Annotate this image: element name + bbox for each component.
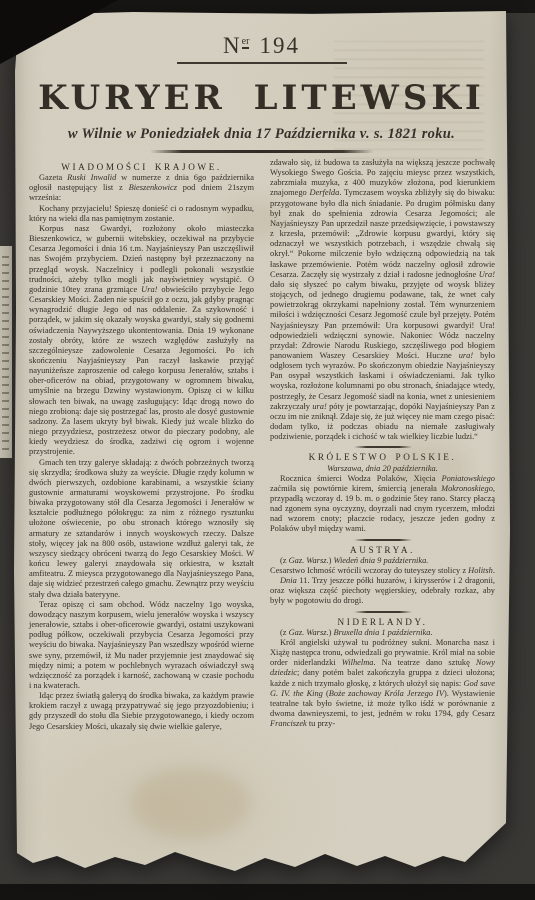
text: Rocznica śmierci Wodza Polaków, Xięcia xyxy=(280,474,441,483)
paragraph: Teraz opiszę ci sam obchod. Wódz naczeln… xyxy=(29,600,254,691)
newspaper-title: KURYER LITEWSKI xyxy=(13,78,510,118)
rule-under-dateline xyxy=(150,150,374,153)
newspaper-page: Ner194 KURYER LITEWSKI w Wilnie w Ponied… xyxy=(13,11,510,880)
section-separator xyxy=(354,611,412,613)
text: obwieściło przybycie Jego Cesarskiey Moś… xyxy=(29,285,254,457)
italic-text: Franciszek xyxy=(270,719,307,728)
italic-text: Derfelda xyxy=(310,188,340,197)
paragraph: Dnia 11. Trzy jeszcze półki huzarów, i k… xyxy=(270,576,495,606)
section-dateline: Warszawa, dnia 20 października. xyxy=(270,464,495,474)
text: tu przy- xyxy=(307,719,335,728)
italic-text: Boże zachoway Króla Jerzego IV xyxy=(329,689,444,698)
section-header-austrya: AUSTRYA. xyxy=(270,545,495,555)
left-column: WIADOMOŚCI KRAJOWE. Gazeta Ruski Inwalid… xyxy=(29,158,254,858)
paragraph: Kochany przyjacielu! Spieszę donieść ci … xyxy=(29,204,254,224)
rule-under-issue-number xyxy=(177,62,347,64)
text: Cesarstwo Ichmość wrócili wczoray do tut… xyxy=(270,566,468,575)
section-separator xyxy=(354,539,412,541)
text: Idąc przez światłą galeryą do środka biw… xyxy=(29,691,254,730)
backdrop-bottom-band xyxy=(0,884,535,900)
masthead-dateline: w Wilnie w Poniedziałek dnia 17 Paździer… xyxy=(13,126,510,143)
italic-text: Ura! xyxy=(141,285,157,294)
paragraph: Gmach ten trzy galerye składają: z dwóch… xyxy=(29,458,254,600)
text: Gmach ten trzy galerye składają: z dwóch… xyxy=(29,458,254,599)
italic-text: Gaz. Warsz. xyxy=(289,628,329,637)
issue-number: 194 xyxy=(259,33,300,58)
italic-text: Warszawa, dnia 20 października. xyxy=(327,464,438,473)
text: zaćmiła się powtórnie kirem, śmiercią je… xyxy=(270,484,441,493)
section-dateline: (z Gaz. Warsz.) Wiedeń dnia 9 październi… xyxy=(270,556,495,566)
section-dateline: (z Gaz. Warsz.) Bruxella dnia 1 paździer… xyxy=(270,628,495,638)
issue-number-line: Ner194 xyxy=(13,33,510,59)
italic-text: Ruski Inwalid xyxy=(67,173,116,182)
text: Kochany przyjacielu! Spieszę donieść ci … xyxy=(29,204,254,223)
paragraph: Król angielski używał tu podróżney sukni… xyxy=(270,638,495,729)
paragraph: Gazeta Ruski Inwalid w numerze z dnia 6g… xyxy=(29,173,254,203)
italic-text: ura! xyxy=(312,402,326,411)
text: Gazeta xyxy=(39,173,67,182)
underlying-page-edge xyxy=(0,246,12,458)
text: (z xyxy=(280,556,289,565)
issue-ordinal-superscript: er xyxy=(242,36,250,49)
text: . xyxy=(493,566,495,575)
text: ; dany potém balet zakończyła gruppa z d… xyxy=(270,668,495,687)
paragraph: Rocznica śmierci Wodza Polaków, Xięcia P… xyxy=(270,474,495,535)
masthead: Ner194 KURYER LITEWSKI w Wilnie w Ponied… xyxy=(13,11,510,153)
paragraph: Idąc przez światłą galeryą do środka biw… xyxy=(29,691,254,732)
italic-text: Wilhelma xyxy=(342,658,374,667)
text: Teraz opiszę ci sam obchod. Wódz naczeln… xyxy=(29,600,254,690)
section-header-niderlandy: NIDERLANDY. xyxy=(270,617,495,627)
issue-prefix: N xyxy=(223,33,242,58)
italic-text: Ura! xyxy=(479,270,495,279)
italic-text: ura! xyxy=(459,351,473,360)
right-column: zdawało się, iż budowa ta zasłużyła na w… xyxy=(270,158,495,858)
text: (z xyxy=(280,628,289,637)
section-header-krolestwo-polskie: KRÓLESTWO POLSKIE. xyxy=(270,452,495,462)
paragraph: Korpus nasz Gwardyi, rozłożony około mia… xyxy=(29,224,254,458)
text: 11. Trzy jeszcze półki huzarów, i kiryss… xyxy=(270,576,495,605)
italic-text: Mokronoskiego xyxy=(441,484,493,493)
section-header-wiadomosci-krajowe: WIADOMOŚCI KRAJOWE. xyxy=(29,162,254,172)
paragraph: Cesarstwo Ichmość wrócili wczoray do tut… xyxy=(270,566,495,576)
text: . Tymczasem woyska zbliżyły się do biwak… xyxy=(270,188,495,278)
italic-text: Bruxella dnia 1 października. xyxy=(333,628,432,637)
italic-text: Gaz. Warsz. xyxy=(289,556,329,565)
text: dało się słyszeć po całym biwaku, przyję… xyxy=(270,280,495,360)
italic-text: Poniatowskiego xyxy=(441,474,495,483)
section-separator xyxy=(354,446,412,448)
marginal-ghost-text xyxy=(2,250,9,450)
text: . Na teatrze dano sztukę xyxy=(373,658,475,667)
article-columns: WIADOMOŚCI KRAJOWE. Gazeta Ruski Inwalid… xyxy=(13,153,510,858)
italic-text: Wiedeń dnia 9 października. xyxy=(333,556,428,565)
paragraph-continuation: zdawało się, iż budowa ta zasłużyła na w… xyxy=(270,158,495,442)
italic-text: Dnia xyxy=(280,576,297,585)
italic-text: Bieszenkowicz xyxy=(129,183,177,192)
text: Korpus nasz Gwardyi, rozłożony około mia… xyxy=(29,224,254,294)
newspaper-scan: Ner194 KURYER LITEWSKI w Wilnie w Ponied… xyxy=(13,11,510,880)
italic-text: Holitsh xyxy=(468,566,493,575)
